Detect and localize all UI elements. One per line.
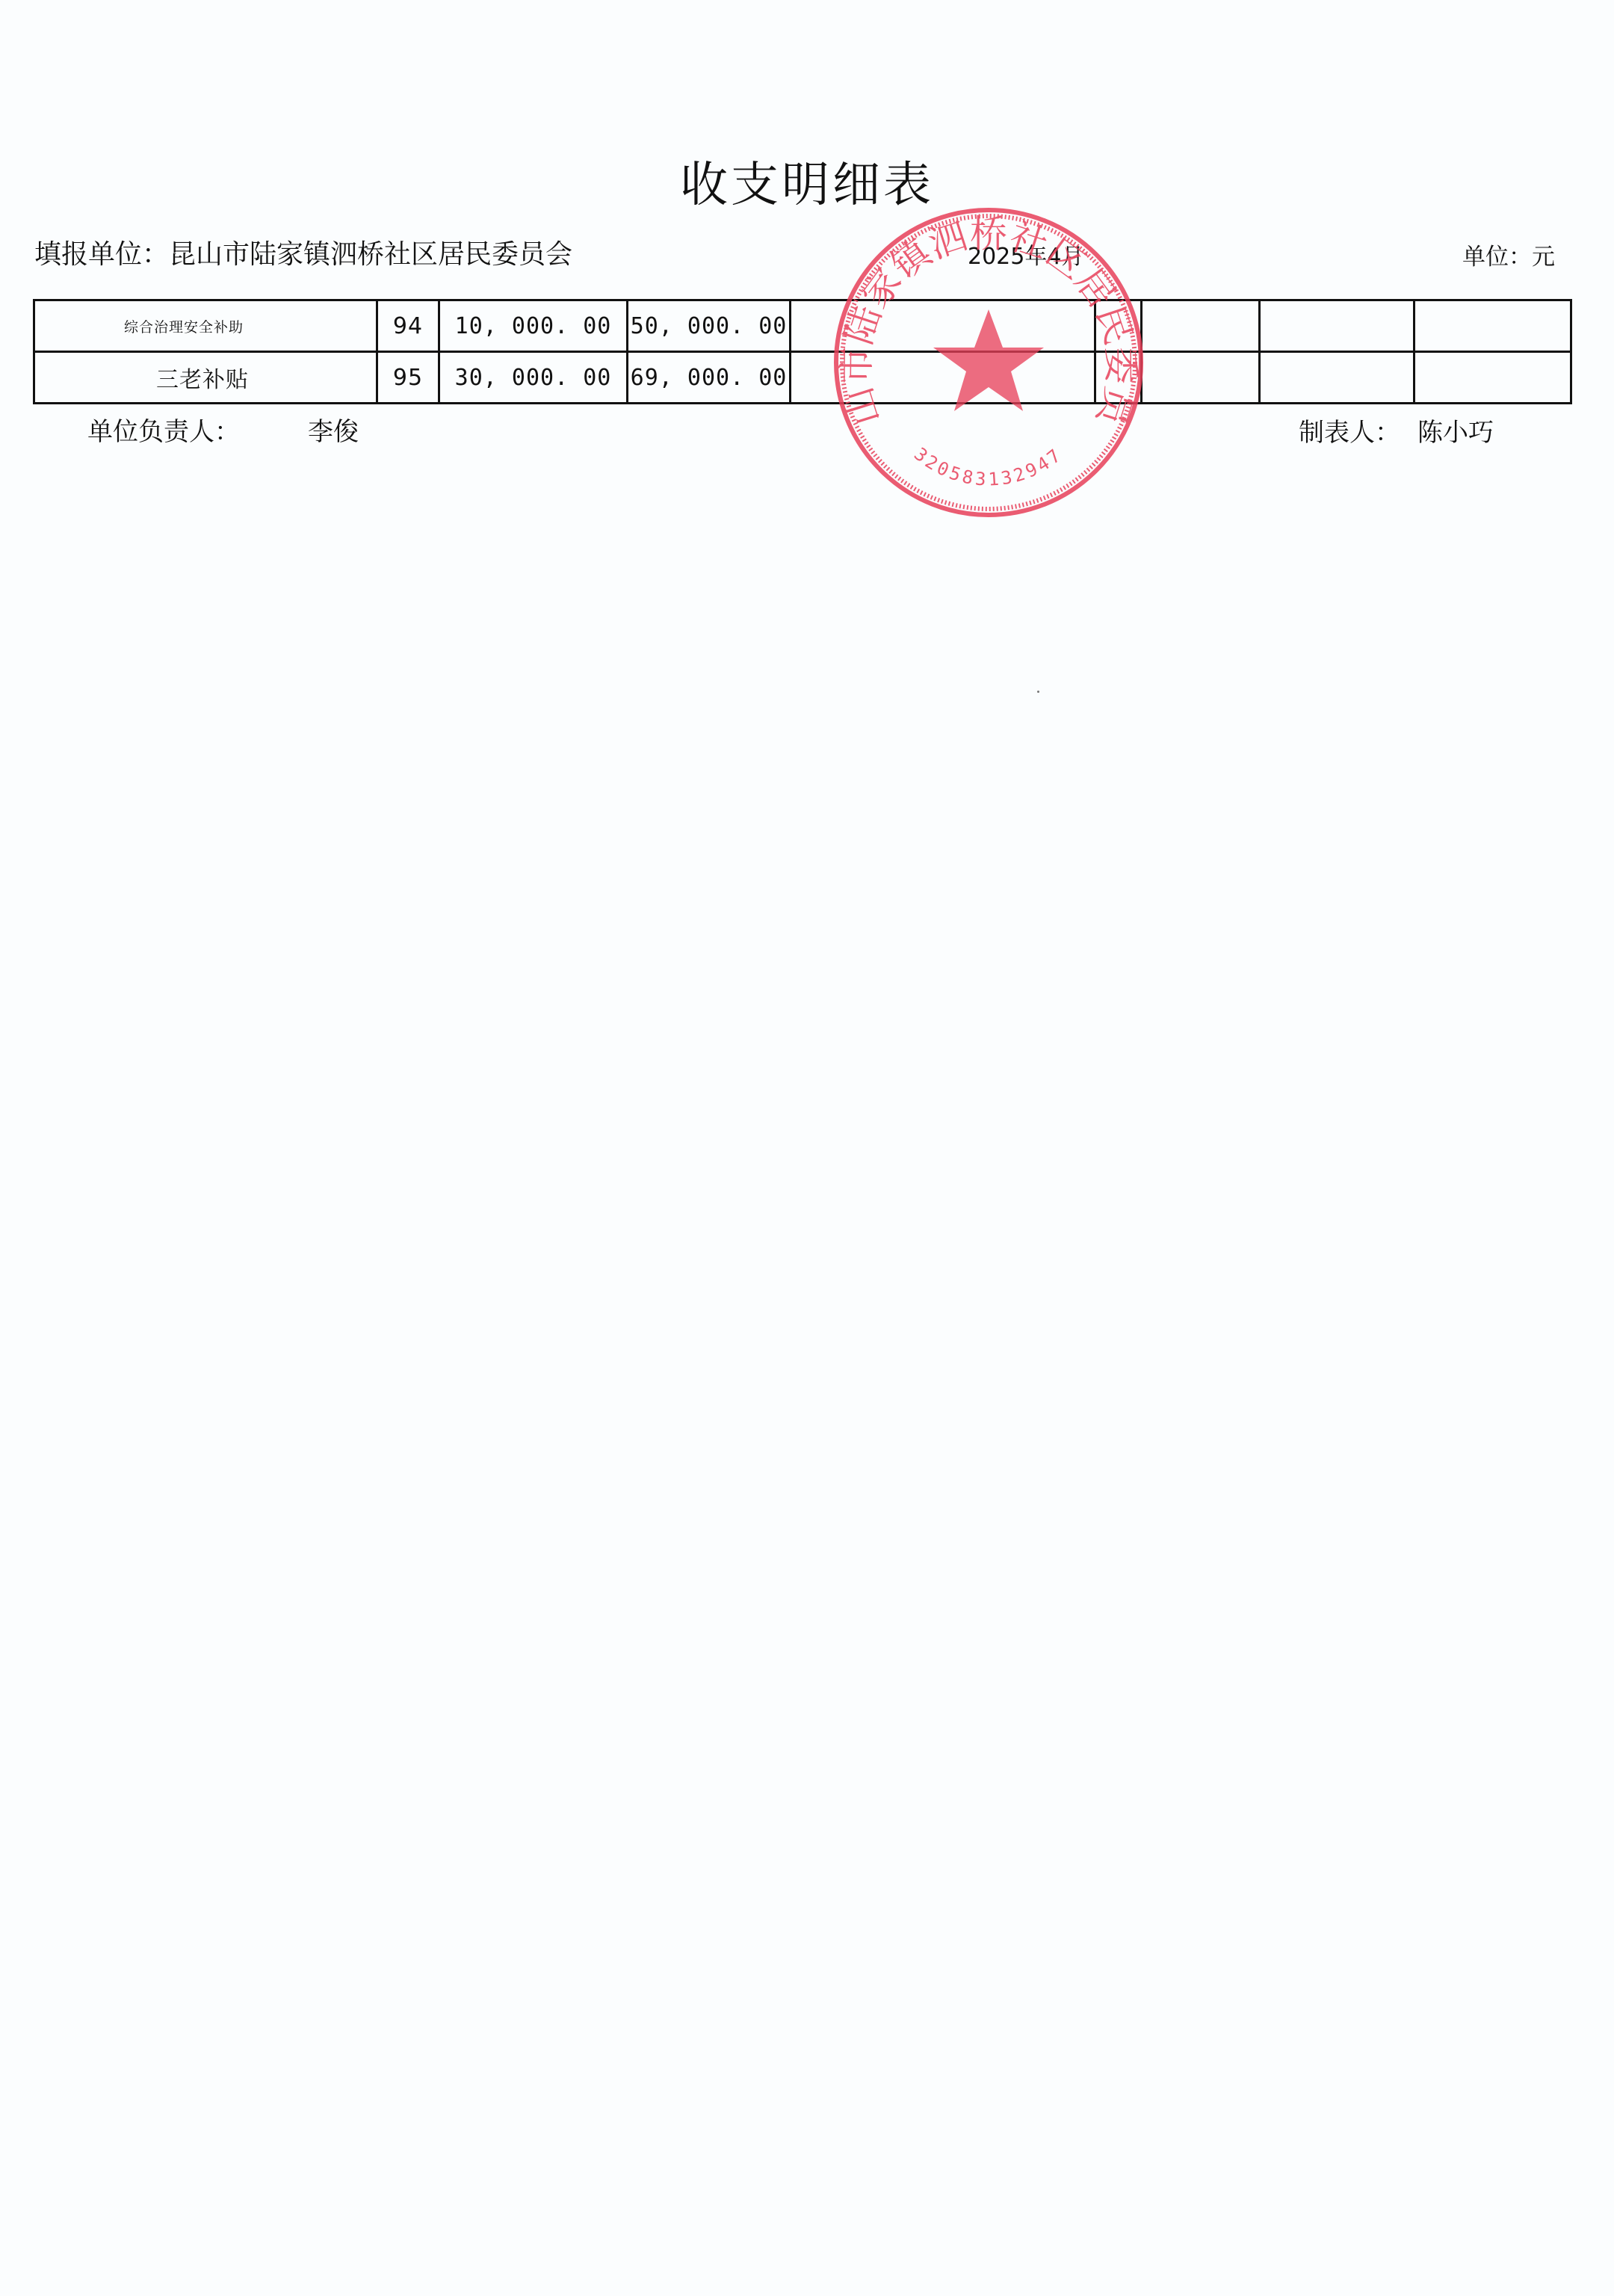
- item-name: 三老补贴: [34, 352, 377, 404]
- current-amount: 30, 000. 00: [439, 352, 628, 404]
- table-row: 三老补贴 95 30, 000. 00 69, 000. 00: [34, 352, 1571, 404]
- table-row: 综合治理安全补助 94 10, 000. 00 50, 000. 00: [34, 300, 1571, 352]
- empty-cell: [1414, 352, 1571, 404]
- preparer-name: 陈小巧: [1417, 412, 1494, 448]
- preparer-label: 制表人：: [1299, 412, 1400, 448]
- empty-cell: [791, 352, 1095, 404]
- leader-label: 单位负责人：: [87, 411, 240, 448]
- empty-cell: [1142, 352, 1260, 404]
- scan-speck: [1037, 691, 1039, 693]
- seal-code: 320583132947: [910, 443, 1067, 490]
- empty-cell: [1095, 300, 1142, 352]
- cumulative-amount: 69, 000. 00: [628, 352, 791, 404]
- empty-cell: [1260, 300, 1414, 352]
- report-period: 2025年4月: [968, 238, 1083, 271]
- item-name: 综合治理安全补助: [34, 300, 377, 352]
- current-amount: 10, 000. 00: [439, 300, 628, 352]
- detail-table: 综合治理安全补助 94 10, 000. 00 50, 000. 00 三老补贴…: [33, 299, 1572, 404]
- empty-cell: [1142, 300, 1260, 352]
- cumulative-amount: 50, 000. 00: [628, 300, 791, 352]
- empty-cell: [1095, 352, 1142, 404]
- empty-cell: [791, 300, 1095, 352]
- filler-unit: 填报单位：昆山市陆家镇泗桥社区居民委员会: [34, 233, 572, 271]
- page-title: 收支明细表: [0, 146, 1614, 215]
- line-number: 95: [377, 352, 439, 404]
- leader-name: 李俊: [308, 411, 359, 448]
- empty-cell: [1414, 300, 1571, 352]
- currency-unit: 单位：元: [1462, 238, 1555, 271]
- line-number: 94: [377, 300, 439, 352]
- empty-cell: [1260, 352, 1414, 404]
